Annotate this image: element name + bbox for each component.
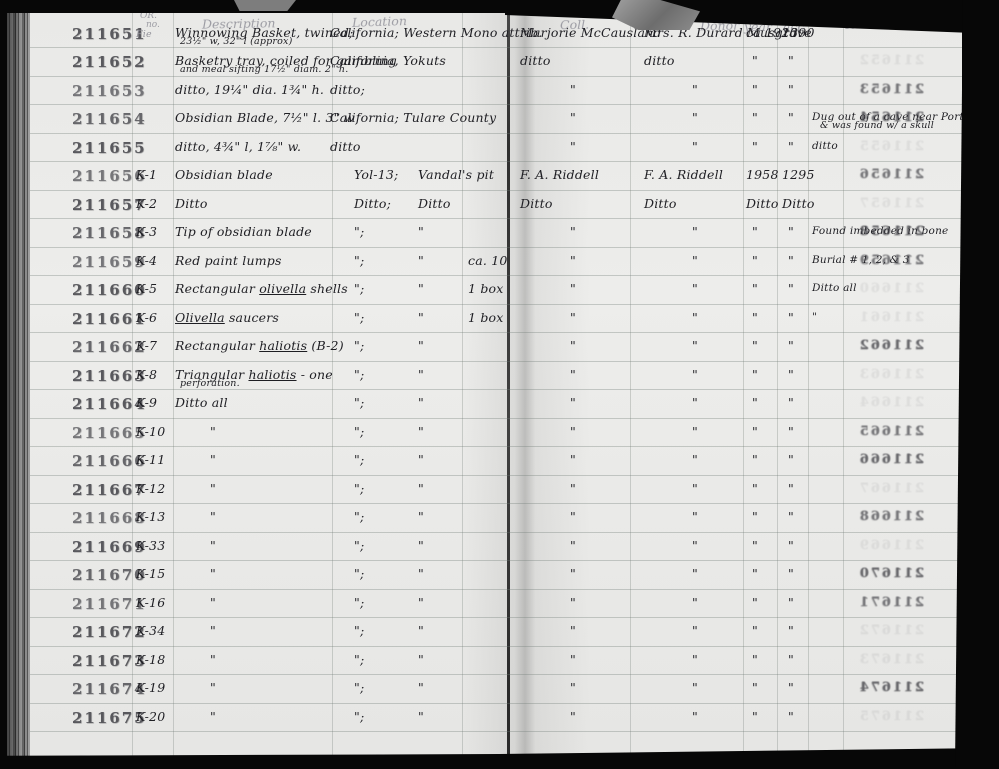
location-ditto-a: "; [354, 538, 364, 553]
book-clamp-small [234, 0, 296, 11]
accession-lot: " [788, 538, 794, 553]
donor: Ditto [644, 196, 677, 211]
description-text: (B-2) [307, 338, 344, 353]
bleedthrough-ghost-number: 211657 [858, 196, 924, 211]
ledger-row: 211671K-16"";"""""211671 [30, 589, 962, 619]
remarks: ditto [812, 140, 838, 152]
accession-lot: " [788, 452, 794, 467]
accession-lot: " [788, 310, 794, 325]
description: " [210, 709, 216, 724]
location: ditto [330, 139, 361, 154]
donor: " [692, 224, 698, 239]
description: Ditto [175, 196, 208, 211]
remarks: Ditto all [812, 282, 857, 294]
location-ditto-b: " [418, 310, 424, 325]
accession-lot: " [788, 139, 794, 154]
location-ditto-b: " [418, 623, 424, 638]
collector: " [570, 538, 576, 553]
year: " [752, 53, 758, 68]
year: " [752, 566, 758, 581]
description-underlined-term: haliotis [259, 338, 307, 353]
year: " [752, 110, 758, 125]
description-text: " [210, 652, 216, 667]
location-ditto-a: "; [354, 310, 364, 325]
donor: " [692, 452, 698, 467]
collector: ditto [520, 53, 551, 68]
accession-lot: " [788, 224, 794, 239]
location-ditto-b: Vandal's pit [418, 167, 494, 182]
location-ditto-a: "; [354, 595, 364, 610]
description: " [210, 509, 216, 524]
k-number: K-5 [136, 281, 157, 296]
year: " [752, 709, 758, 724]
location-ditto-a: "; [354, 224, 364, 239]
ledger-row: 211666K-11"";"""""211666 [30, 446, 962, 476]
collector: " [570, 224, 576, 239]
description: Obsidian blade [175, 167, 273, 182]
accession-lot: " [788, 110, 794, 125]
k-number: K-4 [136, 253, 157, 268]
bleedthrough-ghost-number: 211670 [858, 566, 924, 581]
donor: " [692, 623, 698, 638]
year: " [752, 424, 758, 439]
year: " [752, 139, 758, 154]
bleedthrough-ghost-number: 211655 [858, 139, 924, 154]
description-underlined-term: olivella [259, 281, 306, 296]
description-line2: 23½" w, 32" l (approx) [180, 36, 293, 47]
description: Rectangular olivella shells [175, 281, 348, 296]
description-text: Rectangular [175, 281, 259, 296]
year: " [752, 281, 758, 296]
year: " [752, 538, 758, 553]
bleedthrough-ghost-number: 211669 [858, 538, 924, 553]
ledger-row: 211673K-18"";"""""211673 [30, 646, 962, 676]
k-number: K-15 [136, 566, 165, 581]
year: " [752, 452, 758, 467]
description-line2: and meal sifting 17½" diam. 2" h. [180, 64, 348, 75]
donor: " [692, 509, 698, 524]
donor: " [692, 680, 698, 695]
description-text: " [210, 452, 216, 467]
location-ditto-b: " [418, 281, 424, 296]
location-ditto-a: "; [354, 566, 364, 581]
k-number: K-11 [136, 452, 165, 467]
collector: " [570, 595, 576, 610]
accession-lot: " [788, 652, 794, 667]
description: ditto, 4¾" l, 1⅞" w. [175, 139, 301, 154]
description-text: ditto, 19¼" dia. 1¾" h. [175, 82, 324, 97]
location-ditto-a: "; [354, 253, 364, 268]
donor: ditto [644, 53, 675, 68]
description: " [210, 566, 216, 581]
collector: " [570, 452, 576, 467]
accession-lot: " [788, 338, 794, 353]
description-text: " [210, 680, 216, 695]
bleedthrough-ghost-number: 211668 [858, 509, 924, 524]
description-text: shells [306, 281, 348, 296]
collector: " [570, 253, 576, 268]
k-number: K-34 [136, 623, 165, 638]
bleedthrough-ghost-number: 211659 [858, 253, 924, 268]
k-number: K-3 [136, 224, 157, 239]
location: California, Yokuts [330, 53, 446, 68]
bleedthrough-ghost-number: 211666 [858, 452, 924, 467]
collector: " [570, 367, 576, 382]
donor: " [692, 367, 698, 382]
k-number: K-8 [136, 367, 157, 382]
description: " [210, 452, 216, 467]
collector: " [570, 623, 576, 638]
k-number: K-16 [136, 595, 165, 610]
description-text: Rectangular [175, 338, 259, 353]
donor: " [692, 338, 698, 353]
accession-lot: Ditto [782, 196, 815, 211]
accession-lot: 1390 [782, 25, 815, 40]
ledger-row: 211653ditto, 19¼" dia. 1¾" h.ditto;""""2… [30, 76, 962, 106]
donor: " [692, 139, 698, 154]
bleedthrough-ghost-number: 211673 [858, 652, 924, 667]
description: " [210, 680, 216, 695]
location-ditto-a: "; [354, 481, 364, 496]
description: " [210, 424, 216, 439]
location-ditto-b: " [418, 224, 424, 239]
location-ditto-b: " [418, 367, 424, 382]
accession-number: 211653 [72, 82, 147, 100]
bleedthrough-ghost-number: 211675 [858, 709, 924, 724]
accession-lot: 1295 [782, 167, 815, 182]
bleedthrough-ghost-number: 211653 [858, 82, 924, 97]
collector: " [570, 338, 576, 353]
k-number: K-6 [136, 310, 157, 325]
description-underlined-term: Olivella [175, 310, 225, 325]
k-number: K-19 [136, 680, 165, 695]
description: Ditto all [175, 395, 228, 410]
ledger-row: 211663K-8Triangular haliotis - oneperfor… [30, 361, 962, 391]
location-ditto-a: "; [354, 395, 364, 410]
ledger-row: 211656K-1Obsidian bladeYol-13;Vandal's p… [30, 161, 962, 191]
description-text: " [210, 595, 216, 610]
accession-lot: " [788, 709, 794, 724]
description-text: " [210, 623, 216, 638]
location-ditto-b: " [418, 424, 424, 439]
location-ditto-a: "; [354, 367, 364, 382]
ledger-row: 211669K-33"";"""""211669 [30, 532, 962, 562]
bleedthrough-ghost-number: 211662 [858, 338, 924, 353]
ledger-row: 211652Basketry tray, coiled for gambling… [30, 47, 962, 77]
ledger-row: 211672K-34"";"""""211672 [30, 617, 962, 647]
location: California; Western Mono attrib. [330, 25, 543, 40]
location-ditto-a: "; [354, 452, 364, 467]
accession-lot: " [788, 367, 794, 382]
accession-lot: " [788, 395, 794, 410]
location: ditto; [330, 82, 365, 97]
collector: " [570, 110, 576, 125]
ledger-row: 211670K-15"";"""""211670 [30, 560, 962, 590]
year: " [752, 367, 758, 382]
description-text: Ditto [175, 196, 208, 211]
bleedthrough-ghost-number: 211663 [858, 367, 924, 382]
year: " [752, 481, 758, 496]
year: " [752, 224, 758, 239]
location-ditto-b: " [418, 481, 424, 496]
bleedthrough-ghost-number: 211652 [858, 53, 924, 68]
description-text: " [210, 481, 216, 496]
description-text: " [210, 424, 216, 439]
ledger-row: 211655ditto, 4¾" l, 1⅞" w.ditto""""ditto… [30, 133, 962, 163]
location-ditto-b: " [418, 680, 424, 695]
year: " [752, 253, 758, 268]
k-number: K-1 [136, 167, 157, 182]
year: " [752, 652, 758, 667]
bleedthrough-ghost-number: 211665 [858, 424, 924, 439]
location-ditto-a: "; [354, 623, 364, 638]
location-ditto-a: "; [354, 680, 364, 695]
year: " [752, 680, 758, 695]
accession-lot: " [788, 566, 794, 581]
ledger-row: 211661K-6Olivella saucers";"1 box"""""21… [30, 304, 962, 334]
collector: " [570, 82, 576, 97]
donor: " [692, 538, 698, 553]
ledger-row: 211659K-4Red paint lumps";"ca. 10""""Bur… [30, 247, 962, 277]
pencil-annotation: Fie [136, 29, 152, 40]
bleedthrough-ghost-number: 211656 [858, 167, 924, 182]
donor: " [692, 395, 698, 410]
description: Tip of obsidian blade [175, 224, 312, 239]
ledger-page-spread: OR. no. Description Location Coll. Donor… [30, 13, 962, 756]
accession-number: 211654 [72, 110, 147, 128]
accession-number: 211655 [72, 139, 147, 157]
accession-lot: " [788, 623, 794, 638]
quantity: ca. 10 [468, 253, 508, 268]
description-text: ditto, 4¾" l, 1⅞" w. [175, 139, 301, 154]
accession-lot: " [788, 424, 794, 439]
collector: " [570, 281, 576, 296]
description: Obsidian Blade, 7½" l. 3" w [175, 110, 355, 125]
year: " [752, 338, 758, 353]
bleedthrough-ghost-number: 211671 [858, 595, 924, 610]
k-number: K-7 [136, 338, 157, 353]
location-ditto-b: " [418, 595, 424, 610]
location-ditto-a: "; [354, 709, 364, 724]
remarks: " [812, 311, 817, 323]
description: Olivella saucers [175, 310, 279, 325]
accession-lot: " [788, 481, 794, 496]
collector: " [570, 310, 576, 325]
photo-frame-left [0, 0, 7, 769]
k-number: K-13 [136, 509, 165, 524]
accession-lot: " [788, 509, 794, 524]
quantity: 1 box [468, 281, 504, 296]
ledger-row: 211658K-3Tip of obsidian blade";"""""Fou… [30, 218, 962, 248]
accession-number: 211652 [72, 53, 147, 71]
donor: " [692, 652, 698, 667]
description-text: Obsidian Blade, 7½" l. 3" w [175, 110, 355, 125]
k-number: K-10 [136, 424, 165, 439]
collector: " [570, 424, 576, 439]
donor: " [692, 709, 698, 724]
k-number: K-18 [136, 652, 165, 667]
description: Red paint lumps [175, 253, 282, 268]
description-text: " [210, 709, 216, 724]
k-number: K-12 [136, 481, 165, 496]
location-ditto-a: "; [354, 338, 364, 353]
donor: " [692, 481, 698, 496]
description-text: Obsidian blade [175, 167, 273, 182]
ledger-row: 211654Obsidian Blade, 7½" l. 3" wCalifor… [30, 104, 962, 134]
description: ditto, 19¼" dia. 1¾" h. [175, 82, 324, 97]
ledger-row: 211662K-7Rectangular haliotis (B-2)";"""… [30, 332, 962, 362]
description-text: " [210, 566, 216, 581]
description: " [210, 595, 216, 610]
donor: " [692, 110, 698, 125]
donor: " [692, 424, 698, 439]
location-ditto-b: " [418, 509, 424, 524]
year: " [752, 82, 758, 97]
location-ditto-b: " [418, 652, 424, 667]
location-ditto-b: " [418, 253, 424, 268]
location-ditto-b: " [418, 395, 424, 410]
bleedthrough-ghost-number: 211674 [858, 680, 924, 695]
ledger-rows: 211651FieWinnowing Basket, twined;23½" w… [30, 19, 962, 733]
collector: " [570, 509, 576, 524]
donor: " [692, 281, 698, 296]
bleedthrough-ghost-number: 211667 [858, 481, 924, 496]
description-text: Ditto all [175, 395, 228, 410]
collector: " [570, 395, 576, 410]
description-line2: perforation. [180, 378, 240, 389]
description: " [210, 538, 216, 553]
collector: " [570, 709, 576, 724]
collector: " [570, 652, 576, 667]
ledger-row: 211667K-12"";"""""211667 [30, 475, 962, 505]
collector: " [570, 680, 576, 695]
year: " [752, 310, 758, 325]
location-ditto-a: "; [354, 509, 364, 524]
quantity: 1 box [468, 310, 504, 325]
donor: " [692, 310, 698, 325]
accession-lot: " [788, 53, 794, 68]
description: " [210, 481, 216, 496]
location: California; Tulare County [330, 110, 496, 125]
k-number: K-20 [136, 709, 165, 724]
ledger-row: 211674K-19"";"""""211674 [30, 674, 962, 704]
location-ditto-a: Ditto; [354, 196, 391, 211]
k-number: K-9 [136, 395, 157, 410]
description-underlined-term: haliotis [248, 367, 296, 382]
accession-lot: " [788, 82, 794, 97]
collector: Ditto [520, 196, 553, 211]
location-ditto-b: " [418, 566, 424, 581]
collector: " [570, 481, 576, 496]
k-number: K-33 [136, 538, 165, 553]
accession-lot: " [788, 253, 794, 268]
year: " [752, 623, 758, 638]
ledger-row: 211664K-9Ditto all";"""""211664 [30, 389, 962, 419]
description: " [210, 623, 216, 638]
ledger-row: 211668K-13"";"""""211668 [30, 503, 962, 533]
ledger-row: 211660K-5Rectangular olivella shells";"1… [30, 275, 962, 305]
ledger-row: 211675K-20"";"""""211675 [30, 703, 962, 733]
description-text: " [210, 509, 216, 524]
accession-lot: " [788, 680, 794, 695]
location-ditto-b: " [418, 338, 424, 353]
ledger-row: 211665K-10"";"""""211665 [30, 418, 962, 448]
donor: " [692, 82, 698, 97]
bleedthrough-ghost-number: 211654 [858, 110, 924, 125]
description-text: Red paint lumps [175, 253, 282, 268]
description: " [210, 652, 216, 667]
description-text: Tip of obsidian blade [175, 224, 312, 239]
accession-lot: " [788, 281, 794, 296]
bleedthrough-ghost-number: 211660 [858, 281, 924, 296]
bleedthrough-ghost-number: 211661 [858, 310, 924, 325]
donor: " [692, 253, 698, 268]
book-page-edges [6, 9, 31, 761]
description-text: saucers [225, 310, 279, 325]
location-ditto-b: " [418, 452, 424, 467]
bleedthrough-ghost-number: 211672 [858, 623, 924, 638]
year: " [752, 395, 758, 410]
ledger-row: 211657K-2DittoDitto;DittoDittoDittoDitto… [30, 190, 962, 220]
location-ditto-a: Yol-13; [354, 167, 398, 182]
accession-lot: " [788, 595, 794, 610]
year: Ditto [746, 196, 779, 211]
location-ditto-a: "; [354, 424, 364, 439]
location-ditto-b: Ditto [418, 196, 451, 211]
location-ditto-b: " [418, 538, 424, 553]
year: " [752, 509, 758, 524]
year: " [752, 595, 758, 610]
year: 1958 [746, 167, 779, 182]
description-text: " [210, 538, 216, 553]
location-ditto-b: " [418, 709, 424, 724]
donor: " [692, 566, 698, 581]
bleedthrough-ghost-number: 211664 [858, 395, 924, 410]
donor: " [692, 595, 698, 610]
location-ditto-a: "; [354, 652, 364, 667]
donor: F. A. Riddell [644, 167, 723, 182]
collector: F. A. Riddell [520, 167, 599, 182]
description-text: - one [297, 367, 333, 382]
bleedthrough-ghost-number: 211658 [858, 224, 924, 239]
location-ditto-a: "; [354, 281, 364, 296]
scanned-ledger-photo: OR. no. Description Location Coll. Donor… [0, 0, 999, 769]
collector: " [570, 139, 576, 154]
k-number: K-2 [136, 196, 157, 211]
description: Rectangular haliotis (B-2) [175, 338, 344, 353]
collector: " [570, 566, 576, 581]
